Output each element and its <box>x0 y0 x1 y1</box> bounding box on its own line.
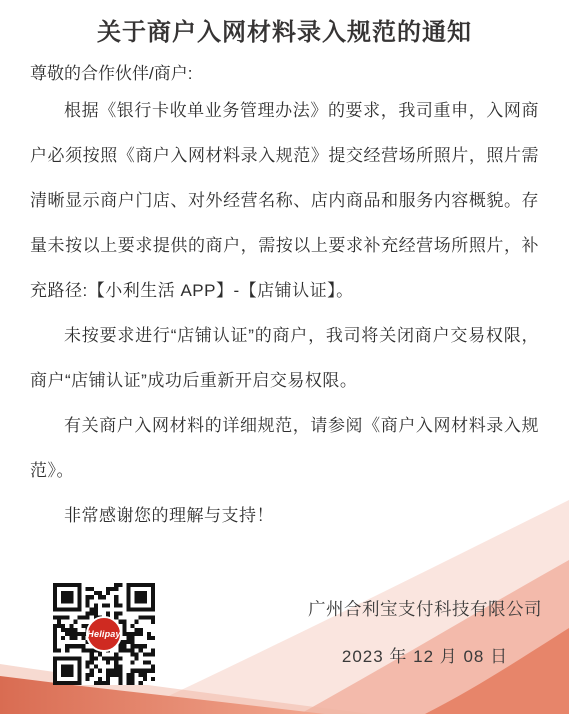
qr-logo-text: Helipay <box>87 629 120 639</box>
signature-block: 广州合利宝支付科技有限公司 2023 年 12 月 08 日 <box>300 597 550 669</box>
company-name: 广州合利宝支付科技有限公司 <box>300 597 550 621</box>
qr-code: Helipay <box>53 583 155 685</box>
greeting-text: 尊敬的合作伙伴/商户: <box>30 62 192 86</box>
wedge-dark <box>0 676 325 714</box>
paragraph-3: 有关商户入网材料的详细规范，请参阅《商户入网材料录入规范》。 <box>30 403 539 493</box>
paragraph-2: 未按要求进行“店铺认证”的商户，我司将关闭商户交易权限，商户“店铺认证”成功后重… <box>30 313 539 403</box>
paragraph-4: 非常感谢您的理解与支持！ <box>30 493 539 538</box>
paragraph-1: 根据《银行卡收单业务管理办法》的要求，我司重申，入网商户必须按照《商户入网材料录… <box>30 88 539 313</box>
notice-date: 2023 年 12 月 08 日 <box>300 645 550 669</box>
notice-body: 根据《银行卡收单业务管理办法》的要求，我司重申，入网商户必须按照《商户入网材料录… <box>30 88 539 538</box>
qr-logo: Helipay <box>86 616 122 652</box>
notice-page: 关于商户入网材料录入规范的通知 尊敬的合作伙伴/商户: 根据《银行卡收单业务管理… <box>0 0 569 714</box>
notice-title: 关于商户入网材料录入规范的通知 <box>0 12 569 47</box>
